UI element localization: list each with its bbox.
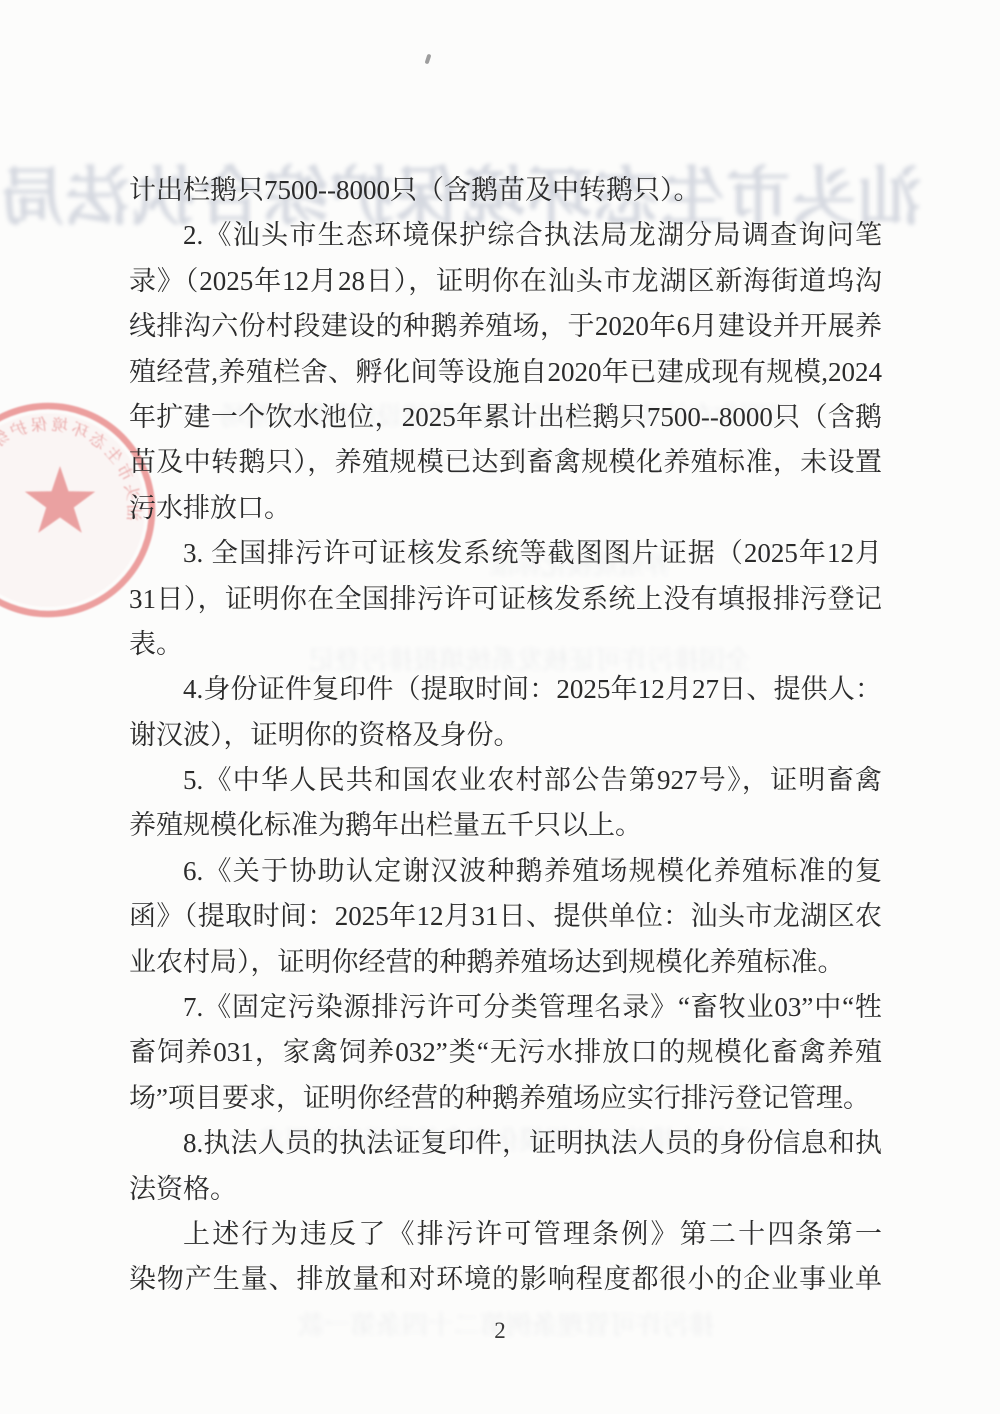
page-number: 2 xyxy=(0,1318,1000,1344)
text-line: 表。 xyxy=(129,622,882,667)
text-line: 6.《关于协助认定谢汉波种鹅养殖场规模化养殖标准的复 xyxy=(129,849,882,894)
text-line: 31日），证明你在全国排污许可证核发系统上没有填报排污登记 xyxy=(129,577,882,622)
text-line: 7.《固定污染源排污许可分类管理名录》“畜牧业03”中“牲 xyxy=(129,985,882,1030)
text-line: 计出栏鹅只7500--8000只（含鹅苗及中转鹅只）。 xyxy=(129,168,882,213)
document-lines: 计出栏鹅只7500--8000只（含鹅苗及中转鹅只）。2.《汕头市生态环境保护综… xyxy=(129,168,882,1303)
text-line: 线排沟六份村段建设的种鹅养殖场，于2020年6月建设并开展养 xyxy=(129,304,882,349)
text-line: 苗及中转鹅只），养殖规模已达到畜禽规模化养殖标准，未设置 xyxy=(129,440,882,485)
text-line: 污水排放口。 xyxy=(129,486,882,531)
text-line: 上述行为违反了《排污许可管理条例》第二十四条第一款“污 xyxy=(129,1212,882,1257)
text-line: 畜饲养031，家禽饲养032”类“无污水排放口的规模化畜禽养殖 xyxy=(129,1030,882,1075)
text-line: 年扩建一个饮水池位，2025年累计出栏鹅只7500--8000只（含鹅 xyxy=(129,395,882,440)
text-line: 谢汉波），证明你的资格及身份。 xyxy=(129,713,882,758)
text-line: 法资格。 xyxy=(129,1167,882,1212)
text-line: 场”项目要求，证明你经营的种鹅养殖场应实行排污登记管理。 xyxy=(129,1076,882,1121)
text-line: 2.《汕头市生态环境保护综合执法局龙湖分局调查询问笔 xyxy=(129,213,882,258)
text-line: 8.执法人员的执法证复印件，证明执法人员的身份信息和执 xyxy=(129,1121,882,1166)
scanned-document-page: 汕头市生态环境保护综合执法局 证明你在汕头市龙湖区新海街道建设的种鹅养殖场养殖规… xyxy=(0,0,1000,1414)
text-line: 业农村局），证明你经营的种鹅养殖场达到规模化养殖标准。 xyxy=(129,940,882,985)
text-line: 3. 全国排污许可证核发系统等截图图片证据（2025年12月 xyxy=(129,531,882,576)
text-line: 养殖规模化标准为鹅年出栏量五千只以上。 xyxy=(129,803,882,848)
text-line: 殖经营,养殖栏舍、孵化间等设施自2020年已建成现有规模,2024 xyxy=(129,350,882,395)
text-line: 染物产生量、排放量和对环境的影响程度都很小的企业事业单位 xyxy=(129,1257,882,1302)
text-line: 5.《中华人民共和国农业农村部公告第927号》，证明畜禽 xyxy=(129,758,882,803)
text-line: 录》（2025年12月28日），证明你在汕头市龙湖区新海街道坞沟 xyxy=(129,259,882,304)
text-line: 4.身份证件复印件（提取时间：2025年12月27日、提供人： xyxy=(129,667,882,712)
text-line: 函》（提取时间：2025年12月31日、提供单位：汕头市龙湖区农 xyxy=(129,894,882,939)
